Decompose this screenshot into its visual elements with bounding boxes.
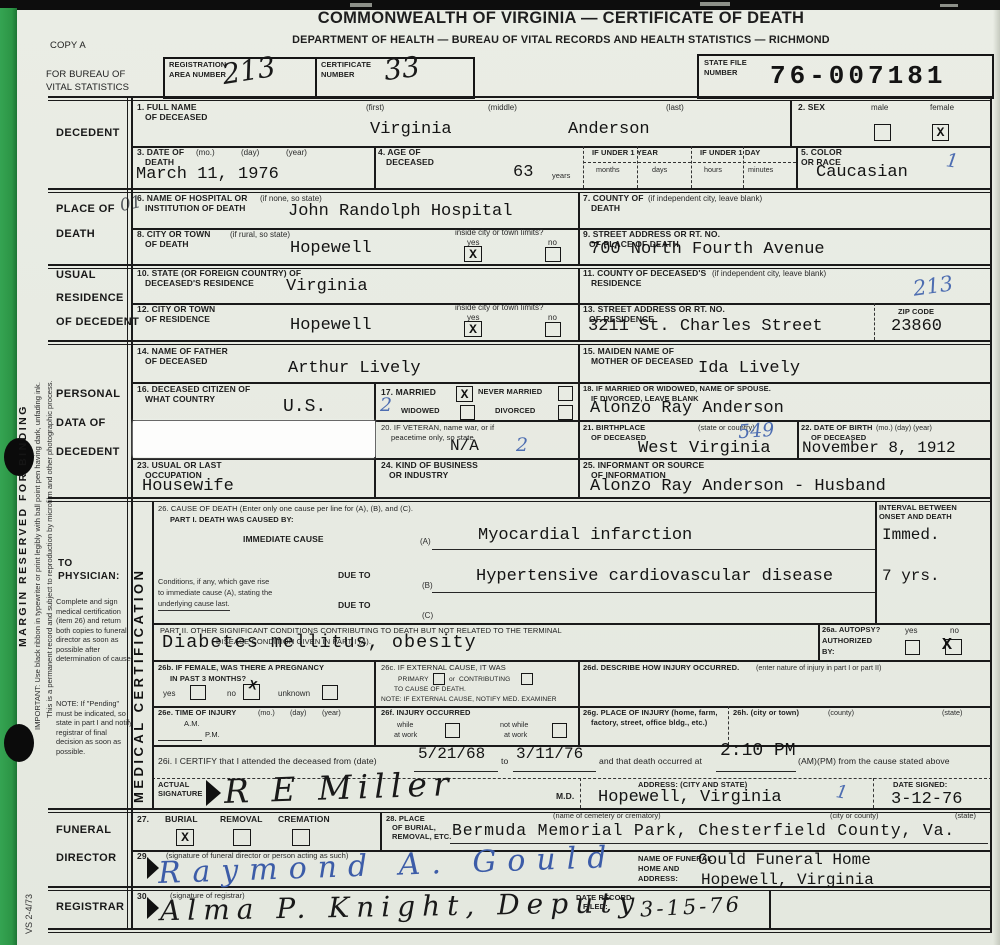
scan-right-edge [993, 10, 1000, 945]
while-at-work-checkbox [445, 723, 460, 738]
burial-place-value: Bermuda Memorial Park, Chesterfield Coun… [452, 823, 955, 840]
registrar-signature: Alma P. Knight, Deputy [160, 886, 642, 927]
certificate-number-label-1: CERTIFICATE [321, 61, 371, 70]
checkbox-x-mark: X [247, 677, 258, 693]
pregnancy-unknown-label: unknown [278, 689, 310, 698]
field-7-label-2: DEATH [591, 204, 620, 214]
spouse-name-value: Alonzo Ray Anderson [590, 400, 784, 417]
grid-line [48, 501, 992, 502]
pm-blank-line [158, 740, 202, 741]
physician-address-value: Hopewell, Virginia [598, 789, 782, 806]
interval-a-value: Immed. [882, 527, 940, 543]
medical-certification-band: MEDICAL CERTIFICATION [131, 558, 146, 803]
grid-line [48, 340, 992, 342]
md-label: M.D. [556, 792, 574, 802]
months-label: months [596, 166, 620, 174]
field-8-no-label: no [548, 238, 557, 247]
checkbox-x-mark: X [469, 247, 477, 262]
field-22-hint: (mo.) (day) (year) [876, 424, 932, 432]
widowed-checkbox [460, 405, 475, 420]
cause-a-line [432, 549, 875, 550]
conditions-note-2: to immediate cause (A), stating the [158, 589, 272, 598]
last-name-value: Anderson [568, 121, 650, 138]
residence-city-value: Hopewell [290, 317, 372, 334]
redaction-box [133, 421, 375, 457]
checkbox-x-mark: X [181, 830, 189, 845]
not-while-at-work-checkbox [552, 723, 567, 738]
field-26a-label-3: BY: [822, 648, 835, 657]
binding-edge-strip [0, 8, 17, 945]
grid-line [874, 303, 875, 340]
occupation-value: Housewife [142, 478, 234, 495]
removal-label: REMOVAL [220, 815, 263, 825]
grid-line [48, 264, 992, 266]
city-limits-no-checkbox [545, 247, 561, 262]
divorced-checkbox [558, 405, 573, 420]
city-county-hint: (city or county) [830, 812, 878, 821]
section-residence-2: RESIDENCE [56, 292, 124, 304]
not-while-label-1: not while [500, 721, 528, 729]
pregnancy-unknown-checkbox [322, 685, 338, 700]
section-place-of-death-2: DEATH [56, 228, 95, 240]
race-value: Caucasian [816, 164, 908, 181]
grid-line [578, 192, 580, 264]
field-11-label-2: RESIDENCE [591, 279, 642, 289]
married-checkbox: X [456, 386, 473, 402]
section-personal-data-3: DECEDENT [56, 446, 120, 458]
grid-line [48, 497, 992, 499]
form-number: VS 2-4/73 [24, 874, 34, 934]
field-26c-note: NOTE: IF EXTERNAL CAUSE, NOTIFY MED. EXA… [381, 696, 557, 704]
conditions-note-3: underlying cause last. [158, 600, 230, 611]
cremation-label: CREMATION [278, 815, 330, 825]
field-26g-label-1: 26g. PLACE OF INJURY (home, farm, [583, 709, 718, 718]
certify-text-pre: 26i. I CERTIFY that I attended the decea… [158, 757, 377, 767]
grid-line [131, 146, 992, 148]
field-26a-label-2: AUTHORIZED [822, 637, 872, 646]
cause-b-value: Hypertensive cardiovascular disease [476, 568, 833, 585]
pregnancy-yes-checkbox [190, 685, 206, 700]
field-1-label-2: OF DECEASED [145, 113, 208, 123]
never-married-checkbox [558, 386, 573, 401]
grid-line [580, 778, 581, 808]
father-name-value: Arthur Lively [288, 360, 421, 377]
grid-line [374, 660, 376, 706]
state-file-label-1: STATE FILE [704, 59, 747, 68]
to-physician-label-1: TO [58, 558, 73, 569]
field-20-label-1: 20. IF VETERAN, name war, or if [381, 424, 494, 433]
cause-a-value: Myocardial infarction [478, 527, 692, 544]
pending-note: NOTE: If "Pending" must be indicated, so… [56, 699, 136, 756]
certificate-number-label-2: NUMBER [321, 71, 355, 80]
age-years-label: years [552, 172, 570, 181]
never-married-label: NEVER MARRIED [478, 388, 542, 397]
field-26h-state: (state) [942, 709, 962, 717]
to-physician-label-2: PHYSICIAN: [58, 571, 120, 582]
primary-label: PRIMARY [398, 676, 429, 684]
grid-line [728, 706, 729, 745]
grid-line [578, 660, 580, 706]
field-12-label-2: OF RESIDENCE [145, 315, 210, 325]
field-26e-day: (day) [290, 709, 306, 717]
grid-line [131, 458, 992, 460]
funeral-home-name-value: Gould Funeral Home [698, 852, 871, 868]
certify-text-mid: and that death occurred at [599, 757, 702, 767]
bureau-label-1: FOR BUREAU OF [46, 70, 125, 81]
citizenship-value: U.S. [283, 398, 326, 416]
field-1-first-hint: (first) [366, 103, 384, 112]
field-7-hint: (if independent city, leave blank) [648, 194, 762, 203]
birthplace-value: West Virginia [638, 440, 771, 457]
interval-header-2: ONSET AND DEATH [879, 513, 952, 522]
field-26c-label-2: TO CAUSE OF DEATH. [394, 686, 466, 694]
residence-limits-yes-checkbox: X [464, 321, 482, 337]
age-value: 63 [513, 164, 533, 181]
date-signed-value: 3-12-76 [891, 791, 962, 808]
field-26g-label-2: factory, street, office bldg., etc.) [591, 719, 707, 728]
due-to-b-label: DUE TO [338, 571, 371, 581]
field-8-label-2: OF DEATH [145, 240, 189, 250]
field-14-label-2: OF DECEASED [145, 357, 208, 367]
handwritten-mark-marital: 2 [380, 394, 392, 416]
pregnancy-yes-label: yes [163, 689, 175, 698]
field-27-number: 27. [137, 815, 149, 825]
or-label: or [449, 676, 455, 684]
residence-limits-no-checkbox [545, 322, 561, 337]
conditions-note-1: Conditions, if any, which gave rise [158, 578, 269, 587]
field-26e-mo: (mo.) [258, 709, 275, 717]
while-label-1: while [397, 721, 413, 729]
minutes-label: minutes [748, 166, 773, 174]
grid-line [990, 96, 992, 932]
grid-line [790, 100, 792, 146]
section-residence-1: USUAL [56, 269, 96, 281]
date-of-birth-value: November 8, 1912 [802, 440, 956, 456]
grid-line [583, 162, 796, 163]
cause-b-label: (B) [422, 581, 433, 590]
cremation-checkbox [292, 829, 310, 846]
removal-checkbox [233, 829, 251, 846]
copy-label: COPY A [50, 41, 86, 52]
part-2-value: Diabetes mellitus, obesity [162, 634, 477, 653]
state-file-label-2: NUMBER [704, 69, 738, 78]
section-registrar: REGISTRAR [56, 901, 124, 913]
page-subtitle: DEPARTMENT OF HEALTH — BUREAU OF VITAL R… [131, 34, 991, 46]
section-personal-data-2: DATA OF [56, 417, 106, 429]
page-title: COMMONWEALTH OF VIRGINIA — CERTIFICATE O… [131, 9, 991, 28]
widowed-label: WIDOWED [401, 407, 440, 416]
grid-line [48, 928, 992, 930]
burial-label: BURIAL [165, 815, 198, 825]
interval-b-value: 7 yrs. [882, 568, 940, 584]
actual-signature-label-2: SIGNATURE [158, 790, 203, 799]
field-10-label-2: DECEASED'S RESIDENCE [145, 279, 254, 289]
certificate-number-value: 33 [382, 50, 421, 87]
state-hint: (state) [955, 812, 976, 821]
attended-from-date: 5/21/68 [418, 746, 485, 762]
field-26e-yr: (year) [322, 709, 341, 717]
field-1-middle-hint: (middle) [488, 103, 517, 112]
grid-line [578, 706, 580, 745]
funeral-home-label-3: ADDRESS: [638, 875, 678, 884]
signature-pointer-icon [206, 780, 221, 806]
autopsy-yes-checkbox [905, 640, 920, 655]
registration-area-label-2: AREA NUMBER [169, 71, 226, 80]
zip-code-value: 23860 [891, 318, 942, 335]
grid-line [583, 146, 584, 188]
sex-male-checkbox [874, 124, 891, 141]
sex-female-label: female [930, 103, 954, 112]
field-26c-label-1: 26c. IF EXTERNAL CAUSE, IT WAS [381, 664, 506, 673]
certify-text-post: (AM)(PM) from the cause stated above [798, 757, 950, 767]
burial-checkbox: X [176, 829, 194, 846]
grid-line [769, 890, 771, 928]
signature-pointer-icon [147, 897, 159, 919]
field-28-label-3: REMOVAL, ETC. [392, 833, 452, 842]
date-signed-label: DATE SIGNED: [893, 781, 947, 790]
death-certificate-page: MARGIN RESERVED FOR BINDING IMPORTANT: U… [0, 0, 1000, 945]
grid-line [691, 146, 692, 188]
grid-line [797, 420, 799, 458]
scan-artifact [700, 2, 730, 6]
city-limits-yes-checkbox: X [464, 246, 482, 262]
grid-line [873, 778, 874, 808]
funeral-home-label-2: HOME AND [638, 865, 679, 874]
scan-artifact [940, 4, 958, 7]
mother-name-value: Ida Lively [698, 360, 800, 377]
date-of-death-value: March 11, 1976 [136, 166, 279, 183]
field-21-label-1: 21. BIRTHPLACE [583, 424, 645, 433]
grid-line [48, 808, 992, 810]
grid-line [578, 382, 580, 497]
immediate-cause-label: IMMEDIATE CAUSE [243, 535, 324, 545]
field-24-label-2: OR INDUSTRY [389, 471, 448, 481]
grid-line [131, 382, 992, 384]
residence-address-value: 3211 St. Charles Street [588, 318, 823, 335]
if-under-1-year-label: IF UNDER 1 YEAR [592, 149, 658, 158]
field-12-limits-hint: inside city or town limits? [455, 303, 543, 312]
grid-line [152, 501, 154, 808]
field-26-label-2: PART I. DEATH WAS CAUSED BY: [170, 516, 294, 525]
section-funeral-director-2: DIRECTOR [56, 852, 116, 864]
field-26d-hint: (enter nature of injury in part I or par… [756, 664, 881, 672]
field-15-label-2: MOTHER OF DECEASED [591, 357, 693, 367]
checkbox-x-mark: X [461, 387, 469, 402]
grid-line [578, 268, 580, 340]
section-decedent: DECEDENT [56, 127, 120, 139]
field-26h-label: 26h. (city or town) [733, 709, 799, 718]
first-name-value: Virginia [370, 121, 452, 138]
field-3-mo-hint: (mo.) [196, 148, 215, 157]
cause-a-label: (A) [420, 537, 431, 546]
field-26d-label: 26d. DESCRIBE HOW INJURY OCCURRED. [583, 664, 739, 673]
due-to-c-label: DUE TO [338, 601, 371, 611]
am-label: A.M. [184, 720, 200, 729]
field-6-label-2: INSTITUTION OF DEATH [145, 204, 246, 214]
field-4-label-2: DECEASED [386, 158, 434, 168]
pm-label: P.M. [205, 731, 220, 740]
field-3-year-hint: (year) [286, 148, 307, 157]
grid-line [380, 812, 382, 850]
primary-checkbox [433, 673, 445, 685]
field-26-label-1: 26. CAUSE OF DEATH (Enter only one cause… [158, 505, 413, 514]
field-26e-label: 26e. TIME OF INJURY [158, 709, 236, 718]
hospital-value: John Randolph Hospital [288, 203, 512, 220]
zip-code-label: ZIP CODE [898, 308, 934, 317]
scan-artifact [350, 3, 372, 7]
veteran-value: N/A [450, 438, 479, 454]
section-place-of-death-1: PLACE OF [56, 203, 115, 215]
field-26b-label-1: 26b. IF FEMALE, WAS THERE A PREGNANCY [158, 664, 324, 673]
sex-male-label: male [871, 103, 888, 112]
field-26b-label-2: IN PAST 3 MONTHS? [170, 675, 246, 684]
grid-line [818, 623, 820, 660]
informant-value: Alonzo Ray Anderson - Husband [590, 478, 886, 495]
city-of-death-value: Hopewell [290, 240, 372, 257]
grid-line [48, 188, 992, 190]
grid-line [131, 303, 992, 305]
handwritten-mark-veteran: 2 [516, 434, 528, 456]
field-2-label: 2. SEX [798, 103, 825, 113]
grid-line [875, 501, 877, 623]
field-26a-label-1: 26a. AUTOPSY? [822, 626, 880, 635]
registration-area-label-1: REGISTRATION [169, 61, 226, 70]
margin-important-text-1: IMPORTANT: Use black ribbon in typewrite… [33, 250, 42, 730]
cause-b-line [432, 592, 875, 593]
grid-line [48, 932, 992, 933]
margin-important-text-2: This is a permanent record and subject t… [45, 268, 54, 718]
handwritten-mark-birthplace: 549 [737, 419, 775, 443]
hole-punch [4, 724, 34, 762]
checkbox-x-mark: X [941, 634, 951, 654]
to-physician-note: Complete and sign medical certification … [56, 597, 134, 664]
date-record-label-2: FILED: [583, 903, 608, 912]
cause-c-label: (C) [422, 611, 433, 620]
handwritten-mark-race: 1 [945, 149, 960, 172]
state-file-value: 76-007181 [770, 63, 946, 89]
grid-line [796, 146, 798, 188]
pregnancy-no-label: no [227, 689, 236, 698]
attended-to-date: 3/11/76 [516, 746, 583, 762]
grid-line [131, 96, 133, 928]
hours-label: hours [704, 166, 722, 174]
days-label: days [652, 166, 667, 174]
residence-state-value: Virginia [286, 278, 368, 295]
date-record-filed-value: 3-15-76 [639, 892, 742, 921]
field-3-day-hint: (day) [241, 148, 259, 157]
contributing-label: CONTRIBUTING [459, 676, 510, 684]
physician-signature: R E Miller [223, 764, 455, 811]
grid-line [127, 96, 128, 928]
field-22-label-1: 22. DATE OF BIRTH [801, 424, 873, 433]
grid-line [48, 100, 992, 101]
field-12-no-label: no [548, 313, 557, 322]
field-8-limits-hint: inside city or town limits? [455, 228, 543, 237]
field-11-hint: (if independent city, leave blank) [712, 269, 826, 278]
grid-line [48, 344, 992, 345]
section-personal-data-1: PERSONAL [56, 388, 120, 400]
funeral-director-signature: Raymond A. Gould [158, 840, 619, 891]
grid-line [374, 146, 376, 188]
certify-blank-2 [513, 771, 596, 772]
bureau-label-2: VITAL STATISTICS [46, 83, 129, 94]
margin-binding-text: MARGIN RESERVED FOR BINDING [17, 375, 29, 647]
checkbox-x-mark: X [937, 125, 945, 140]
checkbox-x-mark: X [469, 322, 477, 337]
section-funeral-director-1: FUNERAL [56, 824, 111, 836]
field-26h-county: (county) [828, 709, 854, 717]
certify-blank-3 [716, 771, 796, 772]
certify-to-label: to [501, 757, 508, 767]
contributing-checkbox [521, 673, 533, 685]
autopsy-no-checkbox: X [945, 639, 962, 655]
field-16-label-2: WHAT COUNTRY [145, 395, 215, 405]
death-address-value: 700 North Fourth Avenue [590, 241, 825, 258]
grid-line [48, 96, 992, 98]
grid-line [152, 660, 992, 662]
if-under-1-day-label: IF UNDER 1 DAY [700, 149, 760, 158]
autopsy-yes-label: yes [905, 626, 917, 635]
handwritten-mark-county: 213 [912, 271, 955, 300]
field-18-label-1: 18. IF MARRIED OR WIDOWED, NAME OF SPOUS… [583, 385, 771, 394]
field-1-last-hint: (last) [666, 103, 684, 112]
divorced-label: DIVORCED [495, 407, 535, 416]
time-of-death-value: 2:10 PM [720, 742, 796, 760]
pregnancy-no-checkbox: X [243, 684, 260, 700]
handwritten-mark-address: 1 [834, 781, 849, 804]
cemetery-hint: (name of cemetery or crematory) [553, 812, 661, 821]
not-while-label-2: at work [504, 731, 527, 739]
grid-line [578, 344, 580, 382]
while-label-2: at work [394, 731, 417, 739]
grid-line [152, 706, 992, 708]
field-26f-label: 26f. INJURY OCCURRED [381, 709, 471, 718]
funeral-home-city-value: Hopewell, Virginia [701, 872, 874, 888]
field-8-hint: (if rural, so state) [230, 230, 290, 239]
sex-female-checkbox: X [932, 124, 949, 141]
grid-line [374, 706, 376, 745]
